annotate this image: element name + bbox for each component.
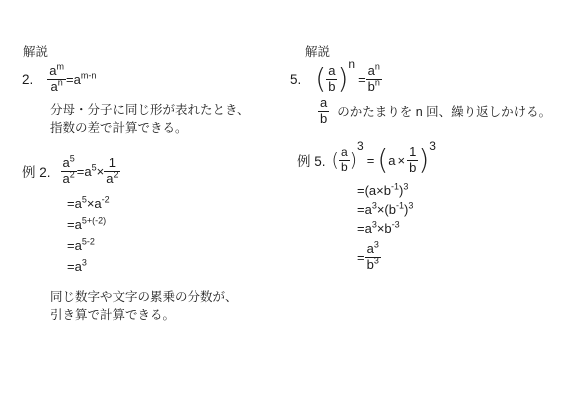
equals-sign: = bbox=[357, 250, 365, 265]
middle-term: =a5× bbox=[77, 164, 104, 179]
equals-sign: = bbox=[367, 153, 375, 168]
rule-2-equation: 2. am an = am-n bbox=[22, 62, 96, 96]
example-2-footer-line2: 引き算で計算できる。 bbox=[50, 305, 175, 323]
worksheet-page: 解説 2. am an = am-n 分母・分子に同じ形が表れたとき、 指数の差… bbox=[0, 0, 586, 415]
times-sign: × bbox=[398, 153, 406, 168]
example-5-steps: =(a×b-1)3 =a3×(b-1)3 =a3×b-3 bbox=[357, 181, 413, 238]
fraction-a3-over-b3: a3 b3 bbox=[365, 242, 381, 273]
right-section-heading: 解説 bbox=[305, 42, 330, 60]
item-number: 2. bbox=[22, 72, 33, 87]
example-5-equation: 例 5. ( a b ) 3 = ( a × 1 b ) 3 bbox=[297, 142, 436, 178]
item-number: 5. bbox=[290, 72, 301, 87]
rule-5-note: a b のかたまりを n 回、繰り返しかける。 bbox=[318, 95, 551, 127]
big-left-paren: ( bbox=[377, 146, 388, 174]
power-exponent: n bbox=[348, 58, 355, 70]
left-paren: ( bbox=[332, 151, 339, 170]
equation-step: =a3×(b-1)3 bbox=[357, 200, 413, 219]
equation-step: =a5×a-2 bbox=[67, 193, 110, 214]
equals-sign: = bbox=[358, 72, 366, 87]
fraction-a-over-b: a b bbox=[318, 96, 329, 127]
rule-2-note-line2: 指数の差で計算できる。 bbox=[50, 118, 188, 136]
fraction-an-over-bn: an bn bbox=[366, 64, 382, 95]
fraction-a-over-b: a b bbox=[339, 146, 350, 175]
example-2-footer-line1: 同じ数字や文字の累乗の分数が、 bbox=[50, 287, 238, 305]
right-paren: ) bbox=[337, 65, 348, 93]
fraction-1-over-a2: 1 a2 bbox=[104, 156, 120, 187]
rule-5-note-text: のかたまりを n 回、繰り返しかける。 bbox=[337, 102, 551, 120]
example-label: 例 2. bbox=[22, 161, 51, 181]
example-5-final: = a3 b3 bbox=[357, 239, 381, 275]
example-label: 例 5. bbox=[297, 150, 326, 170]
variable-a: a bbox=[388, 153, 395, 168]
fraction-1-over-b: 1 b bbox=[407, 145, 418, 176]
fraction-a-over-b: a b bbox=[326, 64, 337, 95]
fraction-am-over-an: am an bbox=[47, 64, 66, 95]
equals-sign: = bbox=[66, 72, 74, 87]
left-paren: ( bbox=[315, 65, 326, 93]
equation-step: =a5-2 bbox=[67, 235, 110, 256]
equation-step: =a3×b-3 bbox=[357, 219, 413, 238]
right-paren: ) bbox=[350, 151, 357, 170]
example-2-equation: 例 2. a5 a2 =a5× 1 a2 bbox=[22, 152, 120, 190]
power-exponent: 3 bbox=[357, 140, 364, 152]
rule-2-note-line1: 分母・分子に同じ形が表れたとき、 bbox=[50, 100, 250, 118]
equation-step: =a3 bbox=[67, 256, 110, 277]
power-exponent: 3 bbox=[429, 140, 436, 152]
example-2-steps: =a5×a-2 =a5+(-2) =a5-2 =a3 bbox=[67, 193, 110, 277]
rule-5-equation: 5. ( a b ) n = an bn bbox=[290, 60, 382, 98]
left-section-heading: 解説 bbox=[23, 42, 48, 60]
rule-result: am-n bbox=[74, 72, 97, 87]
equation-step: =a5+(-2) bbox=[67, 214, 110, 235]
big-right-paren: ) bbox=[418, 146, 429, 174]
equation-step: =(a×b-1)3 bbox=[357, 181, 413, 200]
fraction-a5-over-a2: a5 a2 bbox=[61, 156, 77, 187]
